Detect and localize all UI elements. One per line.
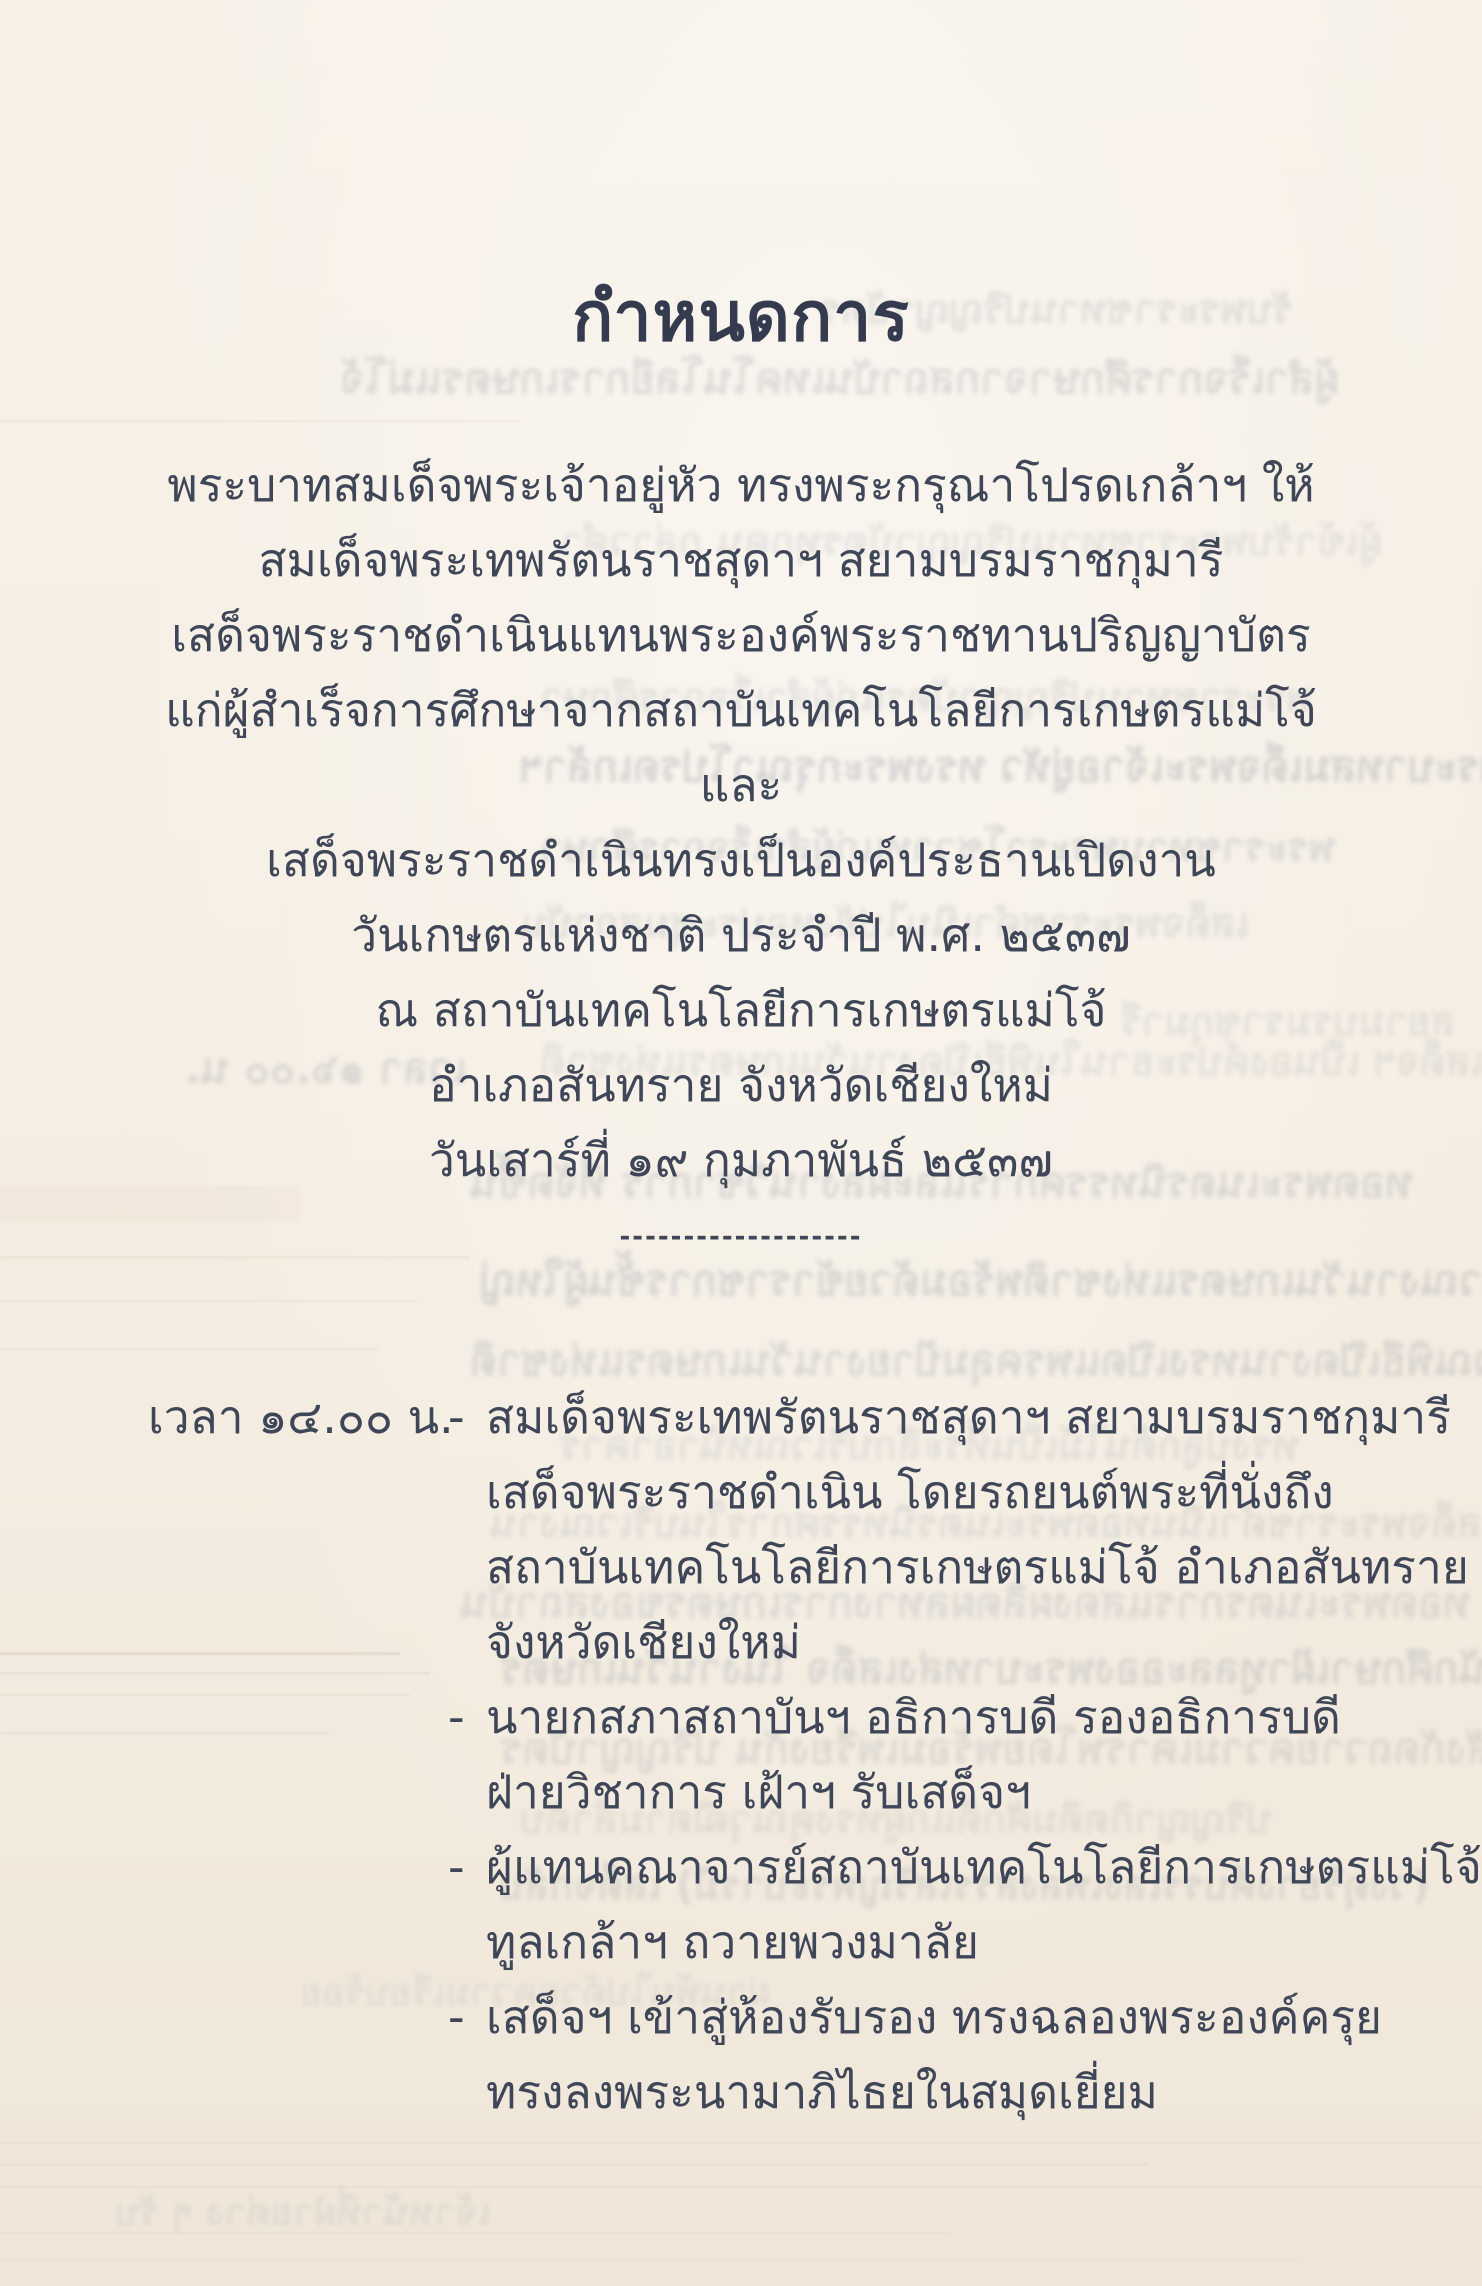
scan-streak <box>0 1300 420 1302</box>
schedule-item: -สมเด็จพระเทพรัตนราชสุดาฯ สยามบรมราชกุมา… <box>448 1380 1482 1680</box>
scan-streak <box>0 420 520 422</box>
schedule-item-text: สมเด็จพระเทพรัตนราชสุดาฯ สยามบรมราชกุมาร… <box>486 1380 1482 1680</box>
schedule-item: -นายกสภาสถาบันฯ อธิการบดี รองอธิการบดีฝ่… <box>448 1680 1482 1830</box>
intro-line: สมเด็จพระเทพรัตนราชสุดาฯ สยามบรมราชกุมาร… <box>70 523 1412 598</box>
schedule-item-dash: - <box>448 1980 486 2130</box>
intro-line: ณ สถาบันเทคโนโลยีการเกษตรแม่โจ้ <box>70 973 1412 1048</box>
schedule-items: -สมเด็จพระเทพรัตนราชสุดาฯ สยามบรมราชกุมา… <box>448 1380 1482 2130</box>
schedule-item-text: ผู้แทนคณาจารย์สถาบันเทคโนโลยีการเกษตรแม่… <box>486 1830 1482 1980</box>
schedule-item-dash: - <box>448 1680 486 1830</box>
intro-line: วันเกษตรแห่งชาติ ประจำปี พ.ศ. ๒๕๓๗ <box>70 898 1412 973</box>
schedule-item-line: นายกสภาสถาบันฯ อธิการบดี รองอธิการบดี <box>486 1680 1482 1755</box>
scan-streak <box>0 2186 1482 2188</box>
bleedthrough-text: เจ้าหน้าที่ฝ่ายต่าง ๆ รับ <box>115 2192 491 2234</box>
schedule-item-line: ทรงลงพระนามาภิไธยในสมุดเยี่ยม <box>486 2055 1482 2130</box>
scanned-document-page: รับพระราชทานปริญญาบัตรผู้สำเร็จการศึกษาจ… <box>0 0 1482 2286</box>
schedule-item-text: นายกสภาสถาบันฯ อธิการบดี รองอธิการบดีฝ่า… <box>486 1680 1482 1830</box>
scan-streak <box>0 1348 380 1350</box>
schedule-block: เวลา ๑๔.๐๐ น. -สมเด็จพระเทพรัตนราชสุดาฯ … <box>148 1380 1358 2130</box>
section-divider: ------------------- <box>0 1222 1482 1252</box>
intro-line: วันเสาร์ที่ ๑๙ กุมภาพันธ์ ๒๕๓๗ <box>70 1123 1412 1198</box>
intro-line: แก่ผู้สำเร็จการศึกษาจากสถาบันเทคโนโลยีกา… <box>70 673 1412 748</box>
schedule-item-line: สถาบันเทคโนโลยีการเกษตรแม่โจ้ อำเภอสันทร… <box>486 1530 1482 1605</box>
schedule-item: -เสด็จฯ เข้าสู่ห้องรับรอง ทรงฉลองพระองค์… <box>448 1980 1482 2130</box>
scan-streak <box>0 2259 1300 2261</box>
intro-line: อำเภอสันทราย จังหวัดเชียงใหม่ <box>70 1048 1412 1123</box>
schedule-item-text: เสด็จฯ เข้าสู่ห้องรับรอง ทรงฉลองพระองค์ค… <box>486 1980 1482 2130</box>
scan-streak <box>0 2232 950 2234</box>
schedule-item-line: ฝ่ายวิชาการ เฝ้าฯ รับเสด็จฯ <box>486 1755 1482 1830</box>
scan-streak <box>0 2163 1150 2166</box>
intro-line: พระบาทสมเด็จพระเจ้าอยู่หัว ทรงพระกรุณาโป… <box>70 448 1412 523</box>
intro-line: และ <box>70 748 1412 823</box>
schedule-item-dash: - <box>448 1380 486 1680</box>
bleedthrough-text: บริเวณงานวันเกษตรแห่งชาติพร้อมด้วยข้าราช… <box>480 1258 1482 1304</box>
schedule-time-label: เวลา ๑๔.๐๐ น. <box>148 1380 448 1455</box>
schedule-item-line: ผู้แทนคณาจารย์สถาบันเทคโนโลยีการเกษตรแม่… <box>486 1830 1482 1905</box>
schedule-item-line: เสด็จฯ เข้าสู่ห้องรับรอง ทรงฉลองพระองค์ค… <box>486 1980 1482 2055</box>
schedule-item-line: เสด็จพระราชดำเนิน โดยรถยนต์พระที่นั่งถึง <box>486 1455 1482 1530</box>
scan-streak <box>0 2142 1482 2144</box>
schedule-item-dash: - <box>448 1830 486 1980</box>
intro-line: เสด็จพระราชดำเนินแทนพระองค์พระราชทานปริญ… <box>70 598 1412 673</box>
bleedthrough-text: บริเวณพิธีเปิดงานทรงเปิดแพรคลุมป้ายงานวั… <box>470 1338 1482 1384</box>
page-title: กำหนดการ <box>0 262 1482 370</box>
intro-line: เสด็จพระราชดำเนินทรงเป็นองค์ประธานเปิดงา… <box>70 823 1412 898</box>
scan-streak <box>0 1256 470 1259</box>
schedule-item-line: สมเด็จพระเทพรัตนราชสุดาฯ สยามบรมราชกุมาร… <box>486 1380 1482 1455</box>
schedule-item-line: ทูลเกล้าฯ ถวายพวงมาลัย <box>486 1905 1482 1980</box>
intro-block: พระบาทสมเด็จพระเจ้าอยู่หัว ทรงพระกรุณาโป… <box>70 448 1412 1198</box>
schedule-item-line: จังหวัดเชียงใหม่ <box>486 1605 1482 1680</box>
schedule-item: -ผู้แทนคณาจารย์สถาบันเทคโนโลยีการเกษตรแม… <box>448 1830 1482 1980</box>
